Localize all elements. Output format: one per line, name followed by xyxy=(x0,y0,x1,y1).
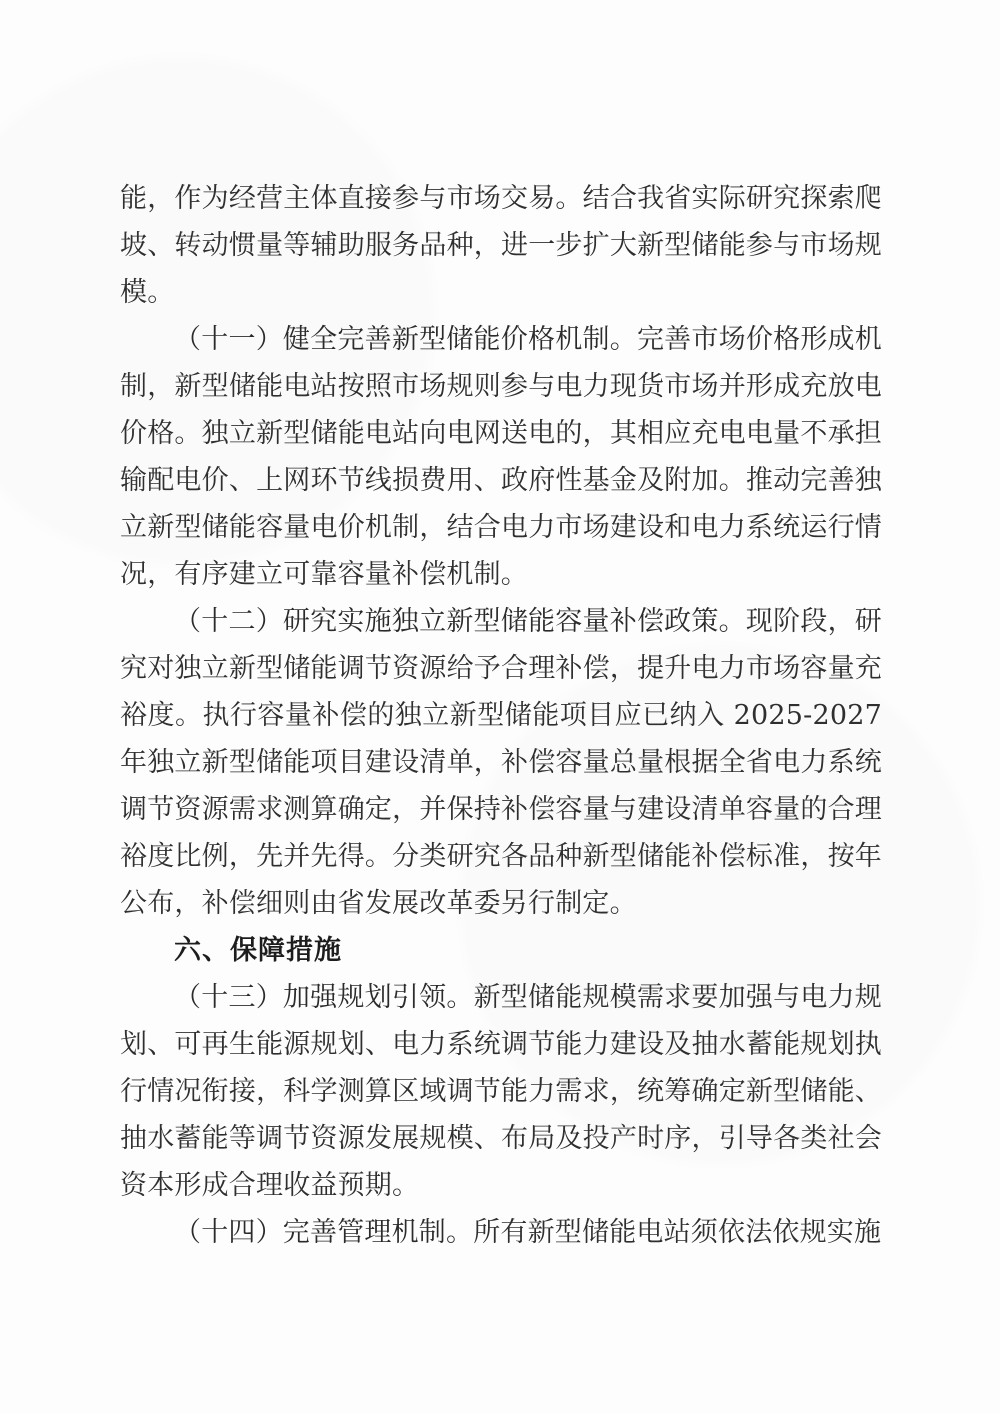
item-12-body: 现阶段，研究对独立新型储能调节资源给予合理补偿，提升电力市场容量充裕度。执行容量… xyxy=(120,606,882,919)
document-text-block: 能，作为经营主体直接参与市场交易。结合我省实际研究探索爬坡、转动惯量等辅助服务品… xyxy=(120,175,882,1256)
item-11-body: 完善市场价格形成机制，新型储能电站按照市场规则参与电力现货市场并形成充放电价格。… xyxy=(120,324,882,590)
item-13-lead: （十三）加强规划引领。 xyxy=(174,982,474,1013)
item-14-lead: （十四）完善管理机制。 xyxy=(174,1217,473,1248)
item-14-paragraph: （十四）完善管理机制。所有新型储能电站须依法依规实施 xyxy=(120,1209,882,1256)
document-page: 能，作为经营主体直接参与市场交易。结合我省实际研究探索爬坡、转动惯量等辅助服务品… xyxy=(0,0,1000,1414)
item-11-lead: （十一）健全完善新型储能价格机制。 xyxy=(174,324,637,355)
item-13-body: 新型储能规模需求要加强与电力规划、可再生能源规划、电力系统调节能力建设及抽水蓄能… xyxy=(120,982,882,1201)
item-13-paragraph: （十三）加强规划引领。新型储能规模需求要加强与电力规划、可再生能源规划、电力系统… xyxy=(120,974,882,1209)
item-12-paragraph: （十二）研究实施独立新型储能容量补偿政策。现阶段，研究对独立新型储能调节资源给予… xyxy=(120,598,882,927)
item-14-body: 所有新型储能电站须依法依规实施 xyxy=(473,1217,881,1248)
item-11-paragraph: （十一）健全完善新型储能价格机制。完善市场价格形成机制，新型储能电站按照市场规则… xyxy=(120,316,882,598)
item-12-lead: （十二）研究实施独立新型储能容量补偿政策。 xyxy=(174,606,746,637)
section-6-heading: 六、保障措施 xyxy=(120,927,882,974)
continuation-paragraph: 能，作为经营主体直接参与市场交易。结合我省实际研究探索爬坡、转动惯量等辅助服务品… xyxy=(120,175,882,316)
